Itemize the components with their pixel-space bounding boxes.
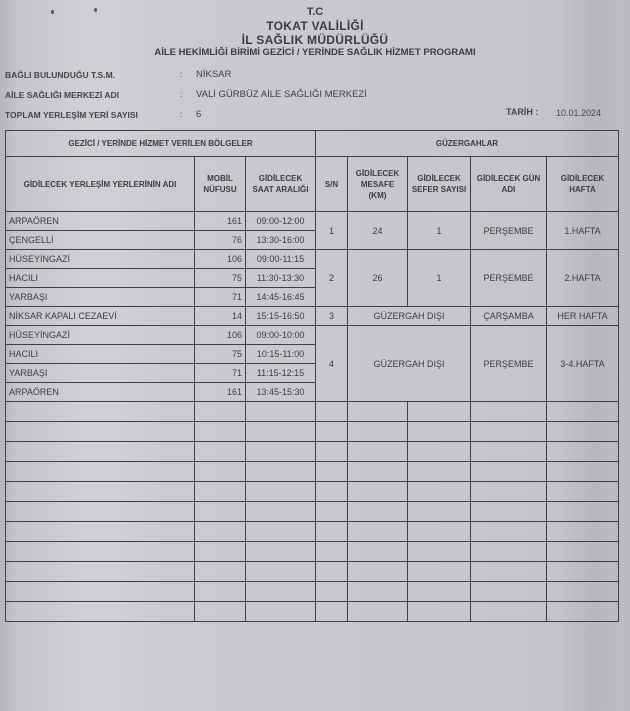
empty-cell [6,582,195,602]
empty-cell [246,542,316,562]
empty-cell [316,402,348,422]
route-distance: 26 [348,250,408,307]
empty-table-row [6,522,619,542]
time-range: 11:15-12:15 [246,364,316,383]
empty-cell [195,562,246,582]
empty-table-row [6,602,619,622]
route-distance: 24 [348,212,408,250]
place-name: HACILI [6,345,195,364]
empty-cell [408,482,471,502]
empty-cell [316,442,348,462]
empty-cell [348,522,408,542]
document-title: AİLE HEKİMLİĞİ BİRİMİ GEZİCİ / YERİNDE S… [0,47,630,58]
empty-cell [195,502,246,522]
empty-cell [316,542,348,562]
info-colon: : [180,69,182,79]
empty-cell [471,402,547,422]
info-label-asm: AİLE SAĞLIĞI MERKEZİ ADI [5,90,119,100]
place-name: YARBAŞI [6,288,195,307]
empty-cell [348,482,408,502]
route-day: ÇARŞAMBA [471,307,547,326]
col-header-distance: GİDİLECEK MESAFE (KM) [348,157,408,212]
empty-table-row [6,442,619,462]
col-header-week: GİDİLECEK HAFTA [547,157,619,212]
time-range: 13:30-16:00 [246,231,316,250]
empty-cell [6,442,195,462]
empty-cell [547,562,619,582]
empty-cell [408,582,471,602]
empty-cell [348,402,408,422]
empty-cell [195,462,246,482]
empty-cell [246,582,316,602]
empty-cell [471,522,547,542]
empty-cell [408,442,471,462]
empty-cell [316,482,348,502]
empty-cell [316,502,348,522]
population: 71 [195,288,246,307]
info-label-total-settlements: TOPLAM YERLEŞİM YERİ SAYISI [5,110,138,120]
empty-cell [6,522,195,542]
route-sn: 1 [316,212,348,250]
empty-cell [246,422,316,442]
empty-cell [348,442,408,462]
time-range: 09:00-12:00 [246,212,316,231]
empty-cell [408,462,471,482]
table-row: HÜSEYİNGAZİ 106 09:00-10:00 4 GÜZERGAH D… [6,326,619,345]
route-trips: 1 [408,212,471,250]
empty-cell [547,482,619,502]
population: 106 [195,326,246,345]
empty-cell [348,462,408,482]
empty-table-row [6,402,619,422]
col-header-population: MOBİL NÜFUSU [195,157,246,212]
empty-cell [547,522,619,542]
empty-cell [246,602,316,622]
info-value-total-settlements: 6 [196,109,201,120]
time-range: 10:15-11:00 [246,345,316,364]
time-range: 15:15-16:50 [246,307,316,326]
empty-cell [471,482,547,502]
route-week: 3-4.HAFTA [547,326,619,402]
empty-cell [6,502,195,522]
empty-cell [547,582,619,602]
empty-cell [547,602,619,622]
route-week: 2.HAFTA [547,250,619,307]
empty-cell [195,422,246,442]
empty-cell [408,522,471,542]
empty-cell [195,482,246,502]
empty-cell [348,422,408,442]
empty-cell [408,602,471,622]
empty-cell [6,602,195,622]
empty-cell [6,422,195,442]
date-value: 10.01.2024 [556,108,601,118]
route-out-of-route: GÜZERGAH DIŞI [348,326,471,402]
empty-cell [408,542,471,562]
empty-cell [471,562,547,582]
route-trips: 1 [408,250,471,307]
empty-cell [316,582,348,602]
empty-cell [408,502,471,522]
place-name: ÇENGELLİ [6,231,195,250]
route-sn: 2 [316,250,348,307]
section-header-regions: GEZİCİ / YERİNDE HİZMET VERİLEN BÖLGELER [6,131,316,157]
empty-cell [246,402,316,422]
empty-cell [471,582,547,602]
col-header-day: GİDİLECEK GÜN ADI [471,157,547,212]
empty-cell [471,502,547,522]
population: 161 [195,212,246,231]
empty-cell [195,542,246,562]
empty-table-row [6,462,619,482]
empty-cell [547,502,619,522]
time-range: 11:30-13:30 [246,269,316,288]
empty-cell [246,442,316,462]
empty-cell [471,542,547,562]
empty-cell [348,582,408,602]
empty-cell [408,402,471,422]
schedule-table: GEZİCİ / YERİNDE HİZMET VERİLEN BÖLGELER… [5,130,619,622]
place-name: ARPAÖREN [6,383,195,402]
population: 106 [195,250,246,269]
population: 76 [195,231,246,250]
empty-cell [246,502,316,522]
empty-cell [348,502,408,522]
time-range: 09:00-10:00 [246,326,316,345]
empty-cell [348,542,408,562]
time-range: 09:00-11:15 [246,250,316,269]
col-header-sn: S/N [316,157,348,212]
empty-cell [195,582,246,602]
empty-cell [195,402,246,422]
empty-cell [195,602,246,622]
empty-cell [246,522,316,542]
empty-cell [316,562,348,582]
population: 14 [195,307,246,326]
empty-table-row [6,582,619,602]
info-label-tsm: BAĞLI BULUNDUĞU T.S.M. [5,70,115,80]
population: 71 [195,364,246,383]
empty-table-row [6,422,619,442]
header-line-1: T.C [0,6,630,18]
route-sn: 4 [316,326,348,402]
population: 75 [195,269,246,288]
empty-cell [408,422,471,442]
route-week: HER HAFTA [547,307,619,326]
table-row: ARPAÖREN 161 09:00-12:00 1 24 1 PERŞEMBE… [6,212,619,231]
empty-table-row [6,502,619,522]
header-governorship: TOKAT VALİLİĞİ [0,19,630,33]
table-row: HÜSEYİNGAZİ 106 09:00-11:15 2 26 1 PERŞE… [6,250,619,269]
empty-cell [246,482,316,502]
empty-cell [316,602,348,622]
info-value-tsm: NİKSAR [196,69,231,80]
empty-table-row [6,482,619,502]
section-header-routes: GÜZERGAHLAR [316,131,619,157]
date-label: TARİH : [506,107,538,117]
empty-cell [195,442,246,462]
place-name: NİKSAR KAPALI CEZAEVİ [6,307,195,326]
empty-cell [246,562,316,582]
empty-table-row [6,542,619,562]
place-name: HÜSEYİNGAZİ [6,326,195,345]
empty-cell [471,442,547,462]
empty-cell [348,602,408,622]
info-value-asm: VALİ GÜRBÜZ AİLE SAĞLIĞI MERKEZİ [196,89,367,100]
place-name: HACILI [6,269,195,288]
empty-cell [547,542,619,562]
empty-cell [6,402,195,422]
time-range: 14:45-16:45 [246,288,316,307]
empty-cell [547,462,619,482]
place-name: ARPAÖREN [6,212,195,231]
empty-table-row [6,562,619,582]
empty-cell [316,522,348,542]
empty-cell [6,462,195,482]
empty-cell [471,422,547,442]
empty-cell [316,422,348,442]
empty-cell [246,462,316,482]
population: 161 [195,383,246,402]
col-header-time: GİDİLECEK SAAT ARALIĞI [246,157,316,212]
route-week: 1.HAFTA [547,212,619,250]
route-out-of-route: GÜZERGAH DIŞI [348,307,471,326]
route-day: PERŞEMBE [471,212,547,250]
empty-cell [547,422,619,442]
empty-cell [6,482,195,502]
info-colon: : [180,109,182,119]
route-day: PERŞEMBE [471,326,547,402]
col-header-trips: GİDİLECEK SEFER SAYISI [408,157,471,212]
empty-cell [471,602,547,622]
header-health-directorate: İL SAĞLIK MÜDÜRLÜĞÜ [0,33,630,47]
population: 75 [195,345,246,364]
time-range: 13:45-15:30 [246,383,316,402]
route-sn: 3 [316,307,348,326]
table-row: NİKSAR KAPALI CEZAEVİ 14 15:15-16:50 3 G… [6,307,619,326]
place-name: YARBAŞI [6,364,195,383]
empty-cell [6,562,195,582]
empty-cell [547,442,619,462]
empty-cell [6,542,195,562]
empty-cell [195,522,246,542]
empty-cell [547,402,619,422]
empty-cell [408,562,471,582]
empty-cell [471,462,547,482]
route-day: PERŞEMBE [471,250,547,307]
info-colon: : [180,89,182,99]
col-header-place: GİDİLECEK YERLEŞİM YERLERİNİN ADI [6,157,195,212]
empty-cell [316,462,348,482]
empty-cell [348,562,408,582]
place-name: HÜSEYİNGAZİ [6,250,195,269]
